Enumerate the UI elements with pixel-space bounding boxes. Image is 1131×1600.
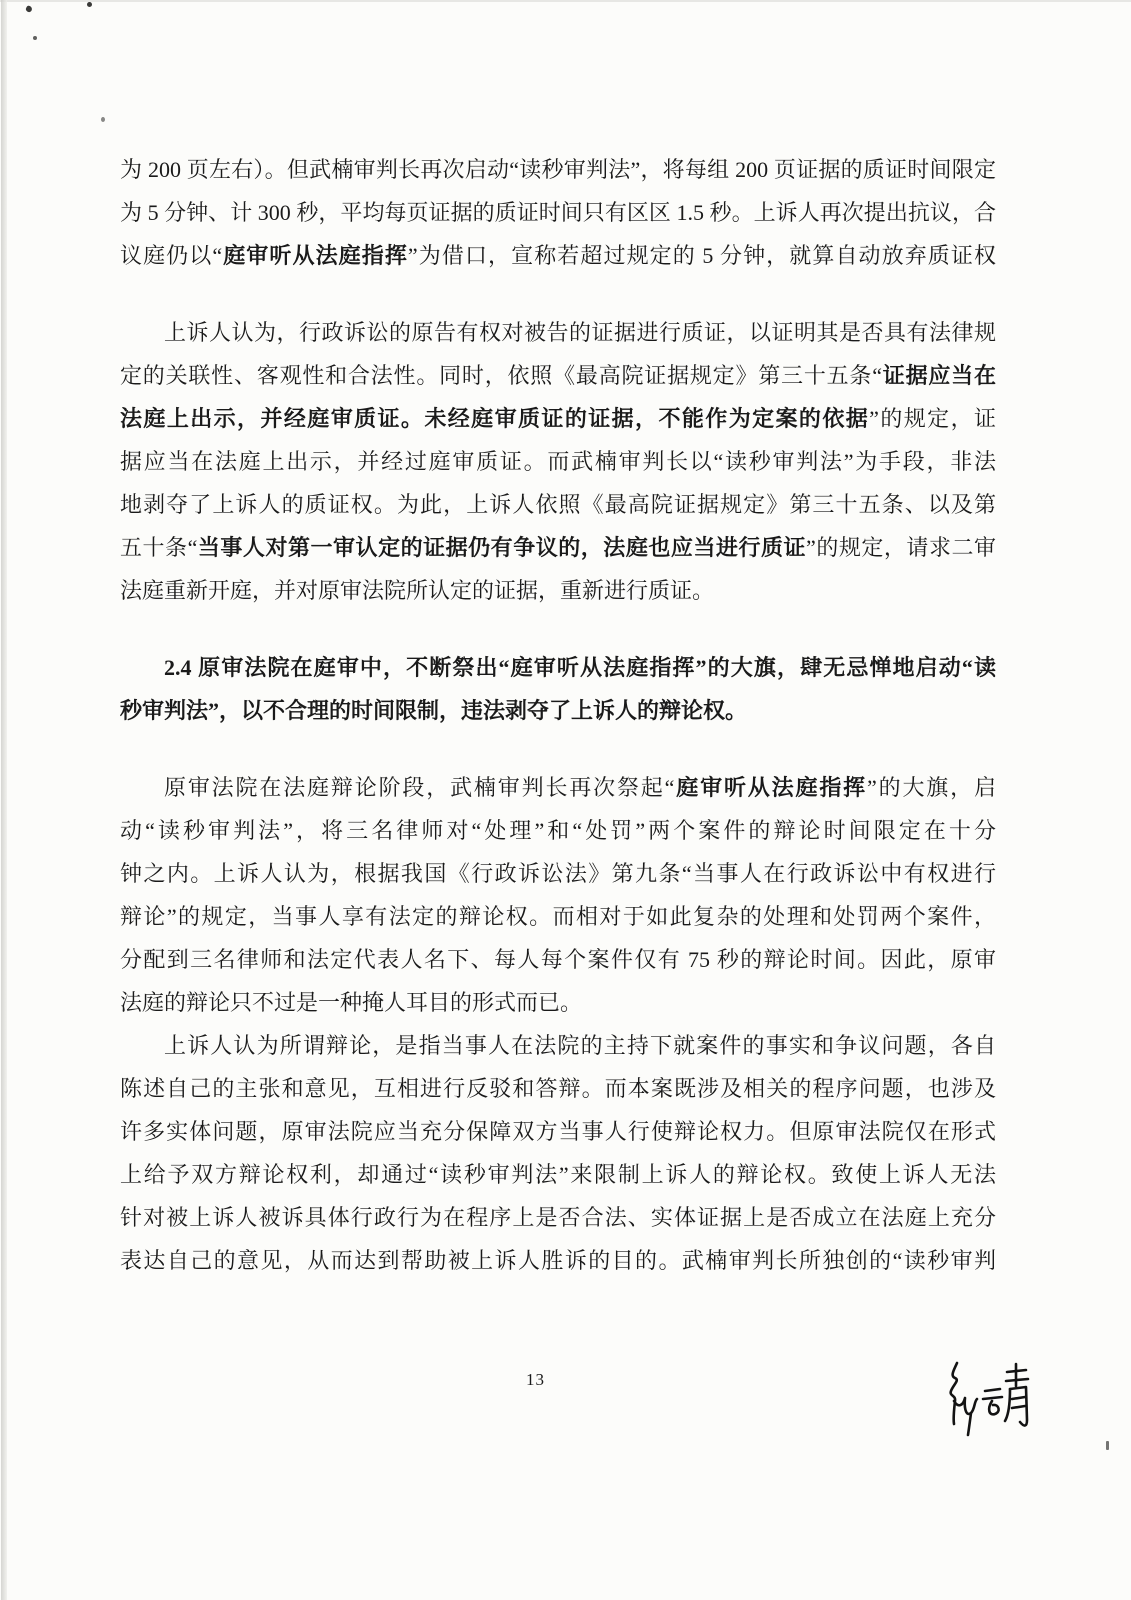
emphasized-text: 当事人对第一审认定的证据仍有争议的，法庭也应当进行质证 <box>197 535 806 560</box>
scan-edge-left <box>1 0 7 1600</box>
text-line: 议庭仍以“庭审听从法庭指挥”为借口，宣称若超过规定的 5 分钟，就算自动放弃质证… <box>120 234 996 277</box>
text-line: 秒审判法”，以不合理的时间限制，违法剥夺了上诉人的辩论权。 <box>120 689 996 732</box>
scanned-document-page: 为 200 页左右）。但武楠审判长再次启动“读秒审判法”，将每组 200 页证据… <box>0 0 1131 1600</box>
body-text: 上诉人认为，行政诉讼的原告有权对被告的证据进行质证，以证明其是否具有法律规 <box>164 320 996 345</box>
scan-edge-top <box>0 0 1131 2</box>
text-line: 上给予双方辩论权利，却通过“读秒审判法”来限制上诉人的辩论权。致使上诉人无法 <box>120 1153 996 1196</box>
body-text: 法庭的辩论只不过是一种掩人耳目的形式而已。 <box>120 990 582 1015</box>
body-text: 定的关联性、客观性和合法性。同时，依照《最高院证据规定》第三十五条“ <box>120 363 882 388</box>
text-line: 定的关联性、客观性和合法性。同时，依照《最高院证据规定》第三十五条“证据应当在 <box>120 354 996 397</box>
text-line: 原审法院在法庭辩论阶段，武楠审判长再次祭起“庭审听从法庭指挥”的大旗，启 <box>120 766 996 809</box>
emphasized-text: 法庭上出示，并经庭审质证。未经庭审质证的证据，不能作为定案的依据 <box>120 406 869 431</box>
text-line: 地剥夺了上诉人的质证权。为此，上诉人依照《最高院证据规定》第三十五条、以及第 <box>120 483 996 526</box>
text-line: 分配到三名律师和法定代表人名下、每人每个案件仅有 75 秒的辩论时间。因此，原审 <box>120 938 996 981</box>
body-text: 议庭仍以“ <box>120 243 222 268</box>
body-text: 表达自己的意见，从而达到帮助被上诉人胜诉的目的。武楠审判长所独创的“读秒审判 <box>120 1248 996 1273</box>
body-text: 辩论”的规定，当事人享有法定的辩论权。而相对于如此复杂的处理和处罚两个案件， <box>120 904 996 929</box>
body-text: 为 5 分钟、计 300 秒，平均每页证据的质证时间只有区区 1.5 秒。上诉人… <box>120 200 996 225</box>
scan-speck <box>101 117 105 122</box>
text-line: 为 200 页左右）。但武楠审判长再次启动“读秒审判法”，将每组 200 页证据… <box>120 148 996 191</box>
emphasized-text: 秒审判法”，以不合理的时间限制，违法剥夺了上诉人的辩论权。 <box>120 698 747 723</box>
text-line: 动“读秒审判法”，将三名律师对“处理”和“处罚”两个案件的辩论时间限定在十分 <box>120 809 996 852</box>
document-body: 为 200 页左右）。但武楠审判长再次启动“读秒审判法”，将每组 200 页证据… <box>120 148 996 1282</box>
text-line: 针对被上诉人被诉具体行政行为在程序上是否合法、实体证据上是否成立在法庭上充分 <box>120 1196 996 1239</box>
scan-speck <box>33 36 37 40</box>
body-text: 法庭重新开庭，并对原审法院所认定的证据，重新进行质证。 <box>120 578 714 603</box>
body-text: 分配到三名律师和法定代表人名下、每人每个案件仅有 75 秒的辩论时间。因此，原审 <box>120 947 996 972</box>
body-text: 针对被上诉人被诉具体行政行为在程序上是否合法、实体证据上是否成立在法庭上充分 <box>120 1205 996 1230</box>
body-text: 动“读秒审判法”，将三名律师对“处理”和“处罚”两个案件的辩论时间限定在十分 <box>120 818 996 843</box>
body-text: 上诉人认为所谓辩论，是指当事人在法院的主持下就案件的事实和争议问题，各自 <box>164 1033 996 1058</box>
text-line: 五十条“当事人对第一审认定的证据仍有争议的，法庭也应当进行质证”的规定，请求二审 <box>120 526 996 569</box>
handwritten-signature-icon <box>940 1358 1038 1446</box>
text-line: 法庭重新开庭，并对原审法院所认定的证据，重新进行质证。 <box>120 569 996 612</box>
text-line: 2.4 原审法院在庭审中，不断祭出“庭审听从法庭指挥”的大旗，肆无忌惮地启动“读 <box>120 646 996 689</box>
heading-section-2-4: 2.4 原审法院在庭审中，不断祭出“庭审听从法庭指挥”的大旗，肆无忌惮地启动“读… <box>120 646 996 732</box>
scan-speck <box>25 5 33 13</box>
body-text: 钟之内。上诉人认为，根据我国《行政诉讼法》第九条“当事人在行政诉讼中有权进行 <box>120 861 996 886</box>
body-text: 据应当在法庭上出示，并经过庭审质证。而武楠审判长以“读秒审判法”为手段，非法 <box>120 449 996 474</box>
paragraph-cross-examination-time-limit: 为 200 页左右）。但武楠审判长再次启动“读秒审判法”，将每组 200 页证据… <box>120 148 996 277</box>
text-line: 表达自己的意见，从而达到帮助被上诉人胜诉的目的。武楠审判长所独创的“读秒审判 <box>120 1239 996 1282</box>
text-line: 为 5 分钟、计 300 秒，平均每页证据的质证时间只有区区 1.5 秒。上诉人… <box>120 191 996 234</box>
paragraph-debate-rights-argument: 上诉人认为所谓辩论，是指当事人在法院的主持下就案件的事实和争议问题，各自陈述自己… <box>120 1024 996 1282</box>
emphasized-text: 庭审听从法庭指挥 <box>222 243 408 268</box>
body-text: 五十条“ <box>120 535 197 560</box>
emphasized-text: 庭审听从法庭指挥 <box>674 775 867 800</box>
body-text: ”的大旗，启 <box>867 775 996 800</box>
text-line: 许多实体问题，原审法院应当充分保障双方当事人行使辩论权力。但原审法院仅在形式 <box>120 1110 996 1153</box>
body-text: 为 200 页左右）。但武楠审判长再次启动“读秒审判法”，将每组 200 页证据… <box>120 157 996 182</box>
text-line: 上诉人认为所谓辩论，是指当事人在法院的主持下就案件的事实和争议问题，各自 <box>120 1024 996 1067</box>
emphasized-text: 2.4 原审法院在庭审中，不断祭出“庭审听从法庭指挥”的大旗，肆无忌惮地启动“读 <box>164 655 996 680</box>
scan-speck <box>87 2 92 7</box>
body-text: 许多实体问题，原审法院应当充分保障双方当事人行使辩论权力。但原审法院仅在形式 <box>120 1119 996 1144</box>
scan-speck <box>1106 1441 1109 1450</box>
emphasized-text: 证据应当在 <box>882 363 996 388</box>
text-line: 钟之内。上诉人认为，根据我国《行政诉讼法》第九条“当事人在行政诉讼中有权进行 <box>120 852 996 895</box>
body-text: 原审法院在法庭辩论阶段，武楠审判长再次祭起“ <box>164 775 674 800</box>
body-text: 上给予双方辩论权利，却通过“读秒审判法”来限制上诉人的辩论权。致使上诉人无法 <box>120 1162 996 1187</box>
footer-page-number: 13 <box>526 1370 545 1390</box>
text-line: 法庭的辩论只不过是一种掩人耳目的形式而已。 <box>120 981 996 1024</box>
text-line: 陈述自己的主张和意见，互相进行反驳和答辩。而本案既涉及相关的程序问题，也涉及 <box>120 1067 996 1110</box>
text-line: 法庭上出示，并经庭审质证。未经庭审质证的证据，不能作为定案的依据”的规定，证 <box>120 397 996 440</box>
text-line: 辩论”的规定，当事人享有法定的辩论权。而相对于如此复杂的处理和处罚两个案件， <box>120 895 996 938</box>
paragraph-appellant-evidence-argument: 上诉人认为，行政诉讼的原告有权对被告的证据进行质证，以证明其是否具有法律规定的关… <box>120 311 996 612</box>
text-line: 上诉人认为，行政诉讼的原告有权对被告的证据进行质证，以证明其是否具有法律规 <box>120 311 996 354</box>
body-text: ”的规定，证 <box>869 406 996 431</box>
body-text: 地剥夺了上诉人的质证权。为此，上诉人依照《最高院证据规定》第三十五条、以及第 <box>120 492 996 517</box>
body-text: 陈述自己的主张和意见，互相进行反驳和答辩。而本案既涉及相关的程序问题，也涉及 <box>120 1076 996 1101</box>
body-text: ”的规定，请求二审 <box>806 535 996 560</box>
text-line: 据应当在法庭上出示，并经过庭审质证。而武楠审判长以“读秒审判法”为手段，非法 <box>120 440 996 483</box>
paragraph-debate-time-limit: 原审法院在法庭辩论阶段，武楠审判长再次祭起“庭审听从法庭指挥”的大旗，启动“读秒… <box>120 766 996 1024</box>
